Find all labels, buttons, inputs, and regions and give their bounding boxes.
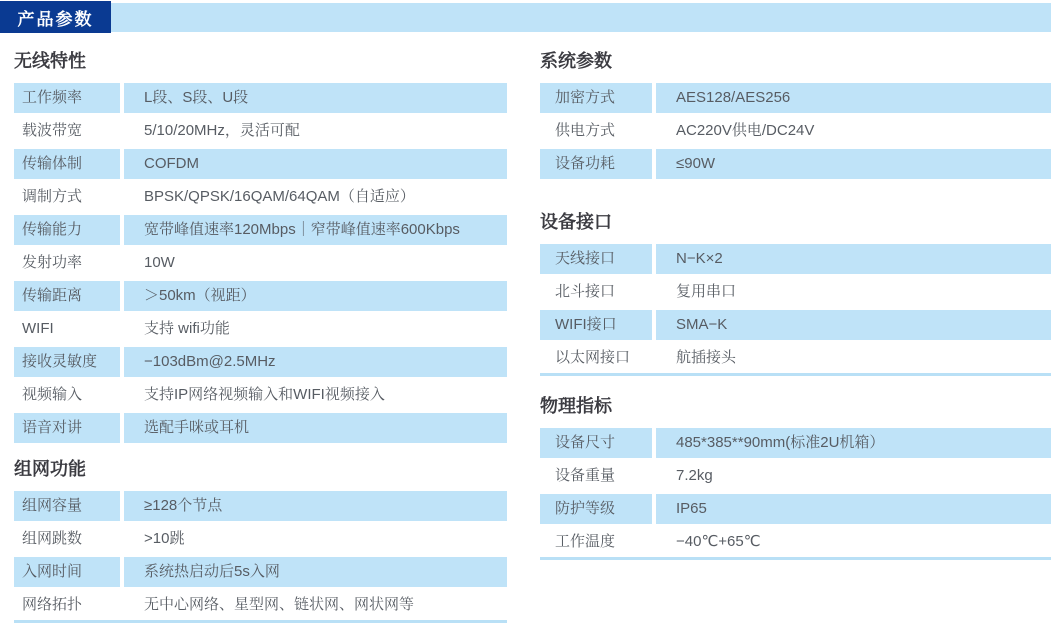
row-value: 宽带峰值速率120Mbps｜窄带峰值速率600Kbps — [124, 215, 507, 245]
section-title: 系统参数 — [540, 51, 1051, 71]
row-value: 485*385**90mm(标准2U机箱） — [656, 428, 1051, 458]
row-label: 接收灵敏度 — [14, 347, 120, 377]
table-row: 防护等级IP65 — [540, 494, 1051, 524]
row-value: ≥128个节点 — [124, 491, 507, 521]
spec-table: 工作频率L段、S段、U段载波带宽5/10/20MHz，灵活可配传输体制COFDM… — [14, 83, 507, 443]
section-title: 设备接口 — [540, 212, 1051, 232]
table-row: WIFI接口SMA−K — [540, 310, 1051, 340]
table-row: 传输能力宽带峰值速率120Mbps｜窄带峰值速率600Kbps — [14, 215, 507, 245]
table-row: 供电方式AC220V供电/DC24V — [540, 116, 1051, 146]
row-value: COFDM — [124, 149, 507, 179]
row-label: 设备功耗 — [540, 149, 652, 179]
spec-section: 设备接口天线接口N−K×2北斗接口复用串口WIFI接口SMA−K以太网接口航插接… — [540, 212, 1051, 376]
table-row: WIFI支持 wifi功能 — [14, 314, 507, 344]
table-row: 传输体制COFDM — [14, 149, 507, 179]
spec-table: 天线接口N−K×2北斗接口复用串口WIFI接口SMA−K以太网接口航插接头 — [540, 244, 1051, 376]
row-label: 供电方式 — [540, 116, 652, 146]
row-label: 发射功率 — [14, 248, 120, 278]
spec-content: 无线特性工作频率L段、S段、U段载波带宽5/10/20MHz，灵活可配传输体制C… — [0, 33, 1051, 623]
row-value: SMA−K — [656, 310, 1051, 340]
row-label: 组网跳数 — [14, 524, 120, 554]
section-title: 组网功能 — [14, 459, 507, 479]
table-row: 网络拓扑无中心网络、星型网、链状网、网状网等 — [14, 590, 507, 620]
row-value: >10跳 — [124, 524, 507, 554]
row-label: 加密方式 — [540, 83, 652, 113]
row-label: 以太网接口 — [540, 343, 652, 373]
row-label: 传输体制 — [14, 149, 120, 179]
table-row: 载波带宽5/10/20MHz，灵活可配 — [14, 116, 507, 146]
table-row: 设备尺寸485*385**90mm(标准2U机箱） — [540, 428, 1051, 458]
header-strip — [111, 3, 1051, 32]
row-label: 网络拓扑 — [14, 590, 120, 620]
table-row: 设备重量7.2kg — [540, 461, 1051, 491]
row-label: 入网时间 — [14, 557, 120, 587]
row-value: 系统热启动后5s入网 — [124, 557, 507, 587]
table-row: 北斗接口复用串口 — [540, 277, 1051, 307]
row-value: L段、S段、U段 — [124, 83, 507, 113]
table-row: 语音对讲选配手咪或耳机 — [14, 413, 507, 443]
table-row: 天线接口N−K×2 — [540, 244, 1051, 274]
table-row: 入网时间系统热启动后5s入网 — [14, 557, 507, 587]
table-row: 以太网接口航插接头 — [540, 343, 1051, 373]
spec-table: 组网容量≥128个节点组网跳数>10跳入网时间系统热启动后5s入网网络拓扑无中心… — [14, 491, 507, 623]
row-value: 7.2kg — [656, 461, 1051, 491]
row-label: 载波带宽 — [14, 116, 120, 146]
row-label: 设备重量 — [540, 461, 652, 491]
row-value: 复用串口 — [656, 277, 1051, 307]
spec-table: 加密方式AES128/AES256供电方式AC220V供电/DC24V设备功耗≤… — [540, 83, 1051, 179]
row-label: 传输距离 — [14, 281, 120, 311]
table-row: 加密方式AES128/AES256 — [540, 83, 1051, 113]
row-value: 支持 wifi功能 — [124, 314, 507, 344]
row-label: 语音对讲 — [14, 413, 120, 443]
row-value: 支持IP网络视频输入和WIFI视频接入 — [124, 380, 507, 410]
row-label: WIFI接口 — [540, 310, 652, 340]
page-header: 产品参数 — [0, 0, 1051, 33]
row-value: −40℃+65℃ — [656, 527, 1051, 557]
right-column: 系统参数加密方式AES128/AES256供电方式AC220V供电/DC24V设… — [540, 33, 1051, 560]
section-title: 无线特性 — [14, 51, 507, 71]
spec-table: 设备尺寸485*385**90mm(标准2U机箱）设备重量7.2kg防护等级IP… — [540, 428, 1051, 560]
table-row: 视频输入支持IP网络视频输入和WIFI视频接入 — [14, 380, 507, 410]
row-value: −103dBm@2.5MHz — [124, 347, 507, 377]
page-title-badge: 产品参数 — [0, 1, 111, 33]
table-row: 调制方式BPSK/QPSK/16QAM/64QAM（自适应） — [14, 182, 507, 212]
table-row: 组网容量≥128个节点 — [14, 491, 507, 521]
row-value: N−K×2 — [656, 244, 1051, 274]
table-row: 工作频率L段、S段、U段 — [14, 83, 507, 113]
table-row: 组网跳数>10跳 — [14, 524, 507, 554]
row-label: 天线接口 — [540, 244, 652, 274]
row-label: 组网容量 — [14, 491, 120, 521]
row-value: 5/10/20MHz，灵活可配 — [124, 116, 507, 146]
table-row: 设备功耗≤90W — [540, 149, 1051, 179]
row-value: AES128/AES256 — [656, 83, 1051, 113]
section-title: 物理指标 — [540, 396, 1051, 416]
spec-section: 物理指标设备尺寸485*385**90mm(标准2U机箱）设备重量7.2kg防护… — [540, 396, 1051, 560]
row-label: 北斗接口 — [540, 277, 652, 307]
row-label: WIFI — [14, 314, 120, 344]
table-row: 接收灵敏度−103dBm@2.5MHz — [14, 347, 507, 377]
spec-section: 无线特性工作频率L段、S段、U段载波带宽5/10/20MHz，灵活可配传输体制C… — [14, 51, 507, 443]
row-value: 航插接头 — [656, 343, 1051, 373]
table-row: 传输距离＞50km（视距） — [14, 281, 507, 311]
row-label: 设备尺寸 — [540, 428, 652, 458]
row-label: 工作频率 — [14, 83, 120, 113]
table-row: 工作温度−40℃+65℃ — [540, 527, 1051, 557]
spec-section: 系统参数加密方式AES128/AES256供电方式AC220V供电/DC24V设… — [540, 51, 1051, 179]
row-label: 工作温度 — [540, 527, 652, 557]
spec-section: 组网功能组网容量≥128个节点组网跳数>10跳入网时间系统热启动后5s入网网络拓… — [14, 459, 507, 623]
row-label: 调制方式 — [14, 182, 120, 212]
row-value: BPSK/QPSK/16QAM/64QAM（自适应） — [124, 182, 507, 212]
row-label: 传输能力 — [14, 215, 120, 245]
row-value: IP65 — [656, 494, 1051, 524]
row-value: AC220V供电/DC24V — [656, 116, 1051, 146]
left-column: 无线特性工作频率L段、S段、U段载波带宽5/10/20MHz，灵活可配传输体制C… — [14, 33, 507, 623]
row-value: 10W — [124, 248, 507, 278]
row-label: 防护等级 — [540, 494, 652, 524]
row-value: 无中心网络、星型网、链状网、网状网等 — [124, 590, 507, 620]
table-row: 发射功率10W — [14, 248, 507, 278]
row-value: ≤90W — [656, 149, 1051, 179]
row-label: 视频输入 — [14, 380, 120, 410]
row-value: ＞50km（视距） — [124, 281, 507, 311]
row-value: 选配手咪或耳机 — [124, 413, 507, 443]
